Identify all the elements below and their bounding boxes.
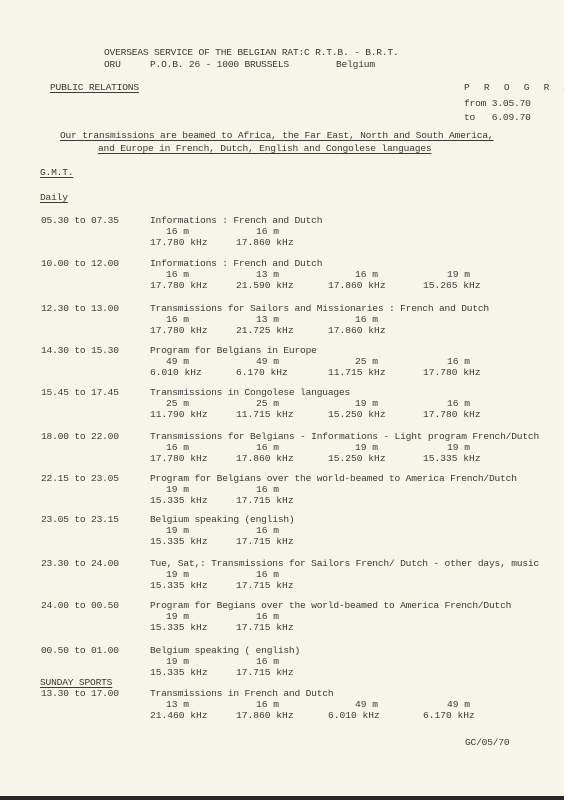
entry-frequency: 17.780 kHz: [150, 453, 208, 464]
entry-band: 19 m: [166, 569, 189, 580]
intro-line2: and Europe in French, Dutch, English and…: [98, 143, 431, 154]
entry-band: 19 m: [166, 611, 189, 622]
entry-band: 16 m: [256, 525, 279, 536]
entry-frequency: 17.780 kHz: [423, 409, 481, 420]
entry-frequency: 11.790 kHz: [150, 409, 208, 420]
program-label: P R O G R A M: [464, 82, 564, 93]
entry-band: 16 m: [256, 484, 279, 495]
entry-frequency: 17.780 kHz: [150, 325, 208, 336]
entry-title: Belgium speaking ( english): [150, 645, 300, 656]
department-label: PUBLIC RELATIONS: [50, 82, 139, 93]
entry-frequency: 17.860 kHz: [236, 237, 294, 248]
entry-time: 05.30 to 07.35: [41, 215, 119, 226]
entry-time: 23.05 to 23.15: [41, 514, 119, 525]
date-from: from 3.05.70: [464, 98, 531, 109]
entry-frequency: 17.780 kHz: [150, 280, 208, 291]
entry-band: 19 m: [166, 656, 189, 667]
entry-frequency: 11.715 kHz: [328, 367, 386, 378]
entry-band: 25 m: [166, 398, 189, 409]
entry-time: 13.30 to 17.00: [41, 688, 119, 699]
entry-frequency: 15.250 kHz: [328, 453, 386, 464]
entry-time: 00.50 to 01.00: [41, 645, 119, 656]
entry-frequency: 15.335 kHz: [150, 667, 208, 678]
entry-frequency: 17.715 kHz: [236, 622, 294, 633]
entry-band: 16 m: [256, 442, 279, 453]
entry-band: 19 m: [447, 442, 470, 453]
entry-frequency: 21.460 kHz: [150, 710, 208, 721]
entry-frequency: 17.715 kHz: [236, 667, 294, 678]
entry-band: 25 m: [256, 398, 279, 409]
entry-frequency: 17.780 kHz: [150, 237, 208, 248]
entry-frequency: 21.590 kHz: [236, 280, 294, 291]
entry-band: 13 m: [166, 699, 189, 710]
entry-frequency: 15.250 kHz: [328, 409, 386, 420]
entry-band: 49 m: [355, 699, 378, 710]
entry-frequency: 17.860 kHz: [236, 453, 294, 464]
entry-band: 13 m: [256, 269, 279, 280]
entry-band: 16 m: [166, 442, 189, 453]
entry-frequency: 15.335 kHz: [423, 453, 481, 464]
header-line1: OVERSEAS SERVICE OF THE BELGIAN RAT:C R.…: [104, 47, 399, 58]
entry-band: 19 m: [355, 442, 378, 453]
daily-label: Daily: [40, 192, 68, 203]
entry-time: 24.00 to 00.50: [41, 600, 119, 611]
entry-band: 16 m: [256, 656, 279, 667]
entry-band: 16 m: [256, 699, 279, 710]
entry-title: Belgium speaking (english): [150, 514, 295, 525]
entry-band: 19 m: [355, 398, 378, 409]
entry-band: 16 m: [355, 314, 378, 325]
entry-title: Program for Begians over the world-beame…: [150, 600, 511, 611]
entry-title: Program for Belgians in Europe: [150, 345, 317, 356]
entry-band: 49 m: [256, 356, 279, 367]
entry-title: Informations : French and Dutch: [150, 258, 322, 269]
entry-frequency: 15.335 kHz: [150, 580, 208, 591]
document-page: OVERSEAS SERVICE OF THE BELGIAN RAT:C R.…: [0, 0, 564, 796]
reference-code: GC/05/70: [465, 737, 509, 748]
entry-title: Program for Belgians over the world-beam…: [150, 473, 517, 484]
entry-time: 14.30 to 15.30: [41, 345, 119, 356]
entry-band: 19 m: [166, 484, 189, 495]
entry-time: 23.30 to 24.00: [41, 558, 119, 569]
entry-frequency: 17.780 kHz: [423, 367, 481, 378]
entry-time: 15.45 to 17.45: [41, 387, 119, 398]
entry-band: 13 m: [256, 314, 279, 325]
header-oru: ORU: [104, 59, 121, 70]
entry-band: 16 m: [355, 269, 378, 280]
entry-time: 22.15 to 23.05: [41, 473, 119, 484]
entry-band: 16 m: [166, 269, 189, 280]
entry-frequency: 17.715 kHz: [236, 536, 294, 547]
entry-band: 16 m: [447, 398, 470, 409]
entry-title: Transmissions for Sailors and Missionari…: [150, 303, 489, 314]
entry-frequency: 15.335 kHz: [150, 495, 208, 506]
entry-frequency: 6.170 kHz: [423, 710, 475, 721]
entry-title: Tue, Sat,: Transmissions for Sailors Fre…: [150, 558, 539, 569]
entry-frequency: 11.715 kHz: [236, 409, 294, 420]
entry-frequency: 17.715 kHz: [236, 580, 294, 591]
entry-band: 16 m: [256, 611, 279, 622]
entry-frequency: 6.170 kHz: [236, 367, 288, 378]
entry-band: 19 m: [447, 269, 470, 280]
entry-title: Transmissions in Congolese languages: [150, 387, 350, 398]
entry-band: 49 m: [166, 356, 189, 367]
entry-title: Transmissions for Belgians - Information…: [150, 431, 539, 442]
entry-frequency: 6.010 kHz: [328, 710, 380, 721]
entry-band: 16 m: [447, 356, 470, 367]
date-to: to 6.09.70: [464, 112, 531, 123]
entry-frequency: 17.860 kHz: [328, 325, 386, 336]
entry-band: 25 m: [355, 356, 378, 367]
entry-time: 12.30 to 13.00: [41, 303, 119, 314]
entry-band: 16 m: [166, 226, 189, 237]
entry-frequency: 17.860 kHz: [328, 280, 386, 291]
entry-frequency: 17.715 kHz: [236, 495, 294, 506]
header-address: P.O.B. 26 - 1000 BRUSSELS: [150, 59, 289, 70]
sunday-label: SUNDAY SPORTS: [40, 677, 112, 688]
entry-frequency: 6.010 kHz: [150, 367, 202, 378]
entry-frequency: 21.725 kHz: [236, 325, 294, 336]
entry-frequency: 17.860 kHz: [236, 710, 294, 721]
entry-band: 16 m: [256, 569, 279, 580]
entry-frequency: 15.265 kHz: [423, 280, 481, 291]
entry-band: 16 m: [256, 226, 279, 237]
entry-band: 49 m: [447, 699, 470, 710]
entry-time: 10.00 to 12.00: [41, 258, 119, 269]
timezone-label: G.M.T.: [40, 167, 73, 178]
entry-title: Informations : French and Dutch: [150, 215, 322, 226]
entry-band: 16 m: [166, 314, 189, 325]
entry-frequency: 15.335 kHz: [150, 622, 208, 633]
entry-frequency: 15.335 kHz: [150, 536, 208, 547]
entry-time: 18.00 to 22.00: [41, 431, 119, 442]
entry-band: 19 m: [166, 525, 189, 536]
intro-line1: Our transmissions are beamed to Africa, …: [60, 130, 493, 141]
entry-title: Transmissions in French and Dutch: [150, 688, 333, 699]
header-country: Belgium: [336, 59, 375, 70]
